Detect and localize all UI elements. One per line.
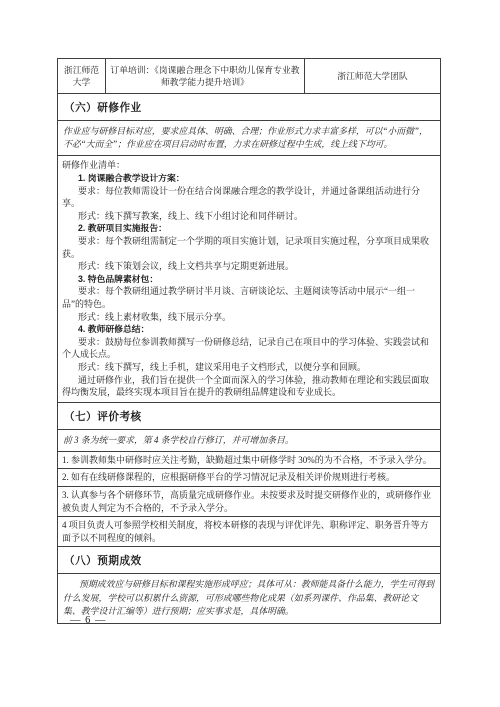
homework-item-requirement: 要求：每个教研组需制定一个学期的项目实施计划，记录项目实施过程，分享项目成果收获… xyxy=(62,235,436,260)
homework-list-intro: 研修作业清单： xyxy=(62,159,436,172)
assessment-rule: 4 项目负责人可参照学校相关制度，将校本研修的表现与评优评先、职称评定、职务晋升… xyxy=(58,516,440,546)
homework-summary: 通过研修作业，我们旨在提供一个全面而深入的学习体验，推动教师在理论和实践层面取得… xyxy=(62,374,436,399)
homework-item-title: 3. 特色品牌素材包： xyxy=(62,273,436,286)
homework-item-requirement: 要求：每个教研组通过教学研讨半月谈、言研谈论坛、主题阅读等活动中展示“一组一品”… xyxy=(62,285,436,310)
section7-title: （七）评价考核 xyxy=(58,402,440,429)
section8-title: （八）预期成效 xyxy=(58,546,440,573)
org-cell: 浙江师范大学 xyxy=(58,59,105,93)
section6-title: （六）研修作业 xyxy=(58,93,440,120)
homework-item-title: 2. 教研项目实施报告： xyxy=(62,222,436,235)
team-cell: 浙江师范大学团队 xyxy=(304,59,440,93)
homework-item-title: 1. 岗课融合教学设计方案： xyxy=(62,172,436,185)
header-row: 浙江师范大学 订单培训：《岗课融合理念下中职幼儿保育专业教师教学能力提升培训》 … xyxy=(58,59,440,93)
homework-item-form: 形式：线上素材收集，线下展示分享。 xyxy=(62,311,436,324)
course-title-cell: 订单培训：《岗课融合理念下中职幼儿保育专业教师教学能力提升培训》 xyxy=(105,59,304,93)
section6-content: 研修作业清单： 1. 岗课融合教学设计方案： 要求：每位教师需设计一份在结合岗课… xyxy=(58,155,440,401)
homework-item-requirement: 要求：鼓励每位参训教师撰写一份研修总结，记录自己在项目中的学习体验、实践尝试和个… xyxy=(62,336,436,361)
section8-body: 预期成效应与研修目标和课程实施形成呼应；具体可从：教师能具备什么能力，学生可得到… xyxy=(58,573,440,622)
section6-note: 作业应与研修目标对应，要求应具体、明确、合理；作业形式力求丰富多样，可以“小而微… xyxy=(58,120,440,155)
page-number: — 6 — xyxy=(70,615,107,626)
homework-item-title: 4. 教师研修总结： xyxy=(62,323,436,336)
section7-note: 前 3 条为统一要求，第 4 条学校自行修订，并可增加条目。 xyxy=(58,429,440,451)
homework-item-requirement: 要求：每位教师需设计一份在结合岗课融合理念的教学设计，并通过备课组活动进行分享。 xyxy=(62,185,436,210)
homework-item-form: 形式：线下策划会议，线上文档共享与定期更新进展。 xyxy=(62,260,436,273)
assessment-rule: 1. 参训教师集中研修时应关注考勤，缺勤超过集中研修学时 30%的为不合格，不予… xyxy=(58,451,440,469)
assessment-rule: 2. 如有在线研修课程的，应根据研修平台的学习情况记录及相关评价规则进行考核。 xyxy=(58,468,440,486)
homework-item-form: 形式：线下撰写，线上手机，建议采用电子文档形式，以便分享和回顾。 xyxy=(62,361,436,374)
assessment-rule: 3. 认真参与各个研修环节，高质量完成研修作业。未按要求及时提交研修作业的，或研… xyxy=(58,486,440,516)
training-plan-table: 浙江师范大学 订单培训：《岗课融合理念下中职幼儿保育专业教师教学能力提升培训》 … xyxy=(57,58,441,624)
homework-item-form: 形式：线下撰写教案，线上、线下小组讨论和同伴研讨。 xyxy=(62,210,436,223)
